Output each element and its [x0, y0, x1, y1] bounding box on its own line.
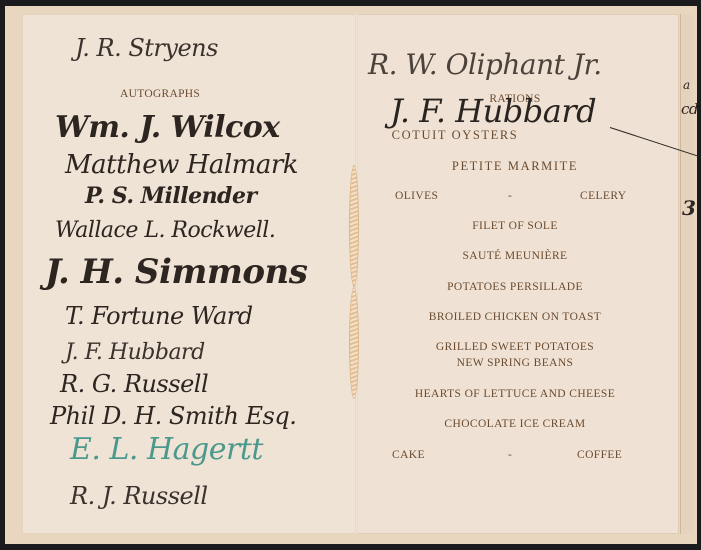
margin-mark: cd — [681, 100, 698, 118]
signature: R. G. Russell — [60, 370, 208, 398]
signature: P. S. Millender — [85, 183, 257, 209]
back-cover-edge — [680, 14, 693, 534]
binding-ribbon-bottom — [349, 287, 359, 399]
menu-item: NEW SPRING BEANS — [370, 357, 660, 369]
menu-item: GRILLED SWEET POTATOES — [370, 341, 660, 353]
menu-item: COTUIT OYSTERS — [360, 128, 550, 143]
menu-item-right: COFFEE — [577, 449, 622, 461]
menu-item: CHOCOLATE ICE CREAM — [370, 418, 660, 430]
binding-ribbon-top — [349, 165, 359, 287]
menu-item: PETITE MARMITE — [370, 159, 660, 174]
menu-item: BROILED CHICKEN ON TOAST — [370, 311, 660, 323]
signature: R. J. Russell — [70, 482, 208, 510]
menu-item-left: OLIVES — [395, 190, 438, 202]
menu-item-right: CELERY — [580, 190, 627, 202]
menu-item-left: CAKE — [392, 449, 425, 461]
signature: J. F. Hubbard — [65, 340, 205, 365]
signature-overlay-right: J. F. Hubbard — [390, 92, 596, 130]
signature: J. H. Simmons — [45, 252, 307, 292]
signature: Phil D. H. Smith Esq. — [50, 402, 296, 430]
menu-separator: - — [508, 190, 512, 202]
signature: Matthew Halmark — [65, 150, 298, 180]
menu-item: HEARTS OF LETTUCE AND CHEESE — [370, 388, 660, 400]
signature: T. Fortune Ward — [65, 302, 253, 330]
signature: Wallace L. Rockwell. — [55, 218, 275, 243]
menu-separator: - — [508, 449, 512, 461]
signature: J. R. Stryens — [75, 34, 218, 62]
signature-teal: E. L. Hagertt — [70, 432, 263, 467]
signature: Wm. J. Wilcox — [55, 110, 280, 145]
menu-item: SAUTÉ MEUNIÈRE — [370, 250, 660, 262]
signature-top-right: R. W. Oliphant Jr. — [368, 48, 602, 81]
autographs-heading: AUTOGRAPHS — [120, 88, 200, 100]
menu-item: POTATOES PERSILLADE — [370, 281, 660, 293]
margin-mark: a — [683, 78, 690, 92]
menu-item: FILET OF SOLE — [370, 220, 660, 232]
margin-mark: 3 — [682, 196, 695, 220]
